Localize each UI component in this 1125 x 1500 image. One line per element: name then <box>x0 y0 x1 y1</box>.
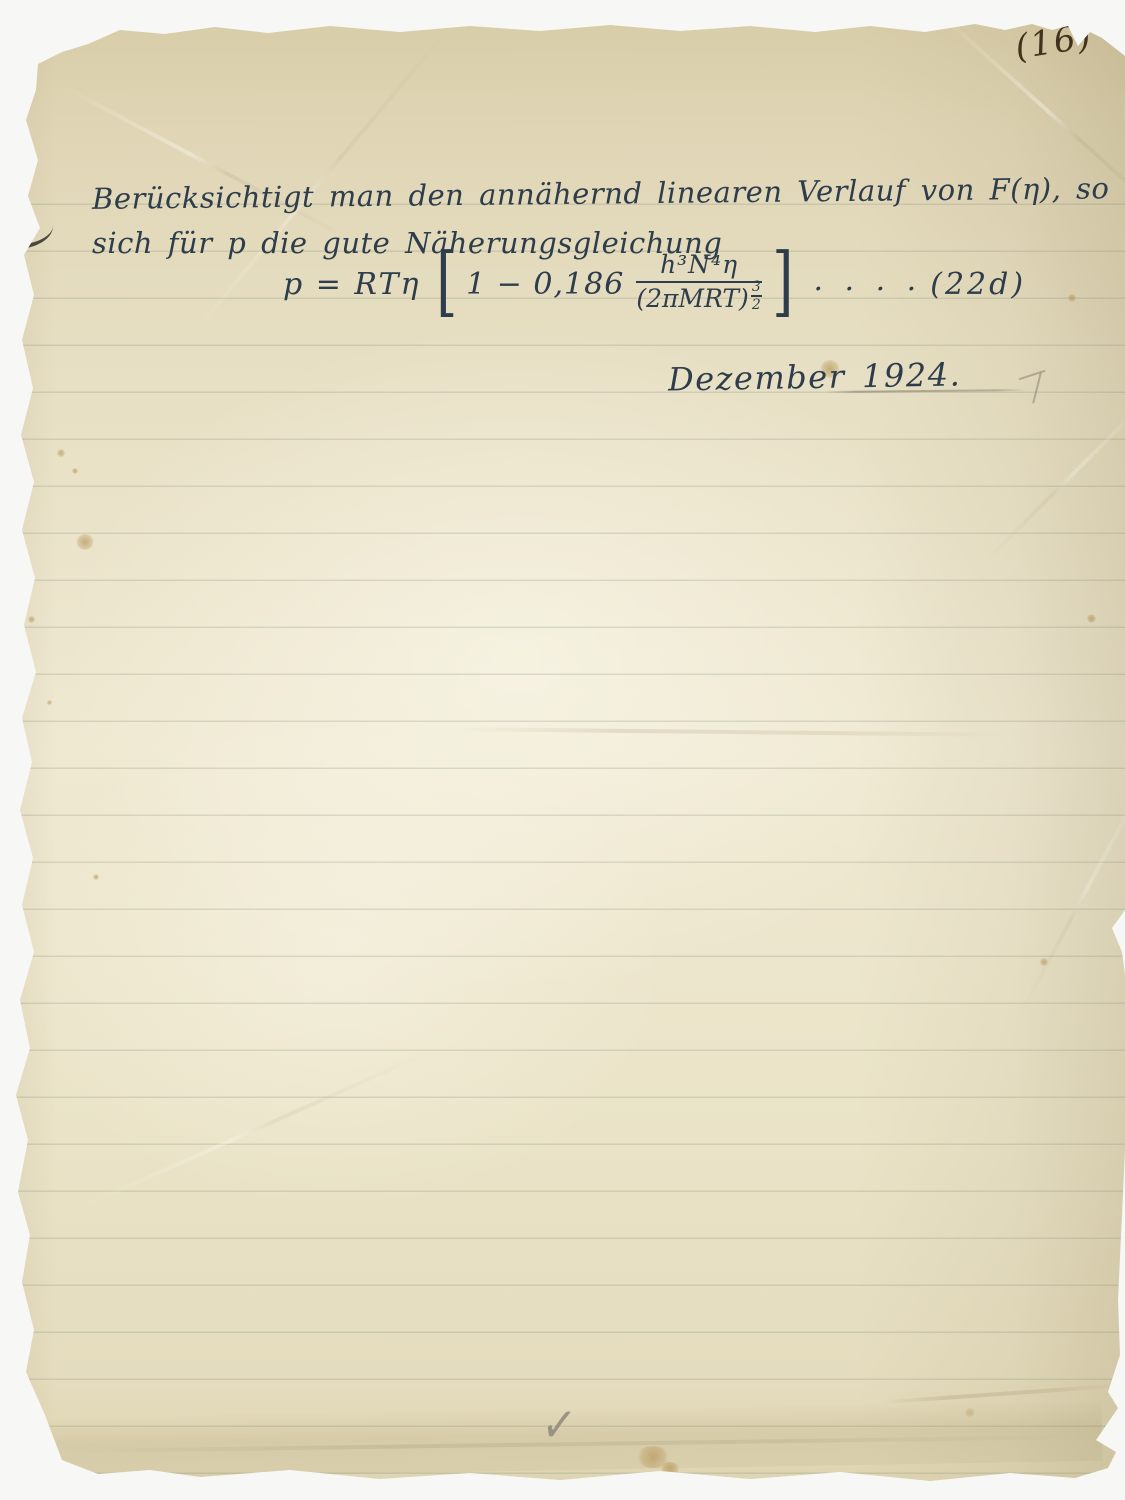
stain <box>1040 958 1048 966</box>
paper-sheet: (16) Berücksichtigt man den annähernd li… <box>0 0 1125 1500</box>
stain <box>965 1408 975 1417</box>
equation-close-bracket: ] <box>772 251 793 311</box>
pencil-checkmark: ✓ <box>539 1394 578 1455</box>
stain <box>1087 614 1096 623</box>
stain <box>93 874 99 880</box>
equation-22d: p = RTη [ 1 − 0,186 h³N⁴η (2πMRT) 3 2 ] … <box>283 252 1026 318</box>
ink-smudge <box>0 84 7 106</box>
equation-label: (22d) <box>930 267 1026 302</box>
equation-open-bracket: [ <box>437 251 458 311</box>
denominator-exponent: 3 2 <box>751 280 762 312</box>
stain <box>76 534 94 550</box>
page-number: (16) <box>1012 16 1095 68</box>
equation-dots: . . . . <box>813 263 922 298</box>
exponent-denominator: 2 <box>752 298 761 312</box>
stain <box>47 700 52 705</box>
stain <box>28 616 35 623</box>
fraction-numerator: h³N⁴η <box>636 252 762 283</box>
equation-fraction: h³N⁴η (2πMRT) 3 2 <box>636 252 762 318</box>
equation-coefficient: 1 − 0,186 <box>466 267 624 302</box>
stain <box>660 1462 680 1476</box>
stain <box>57 449 65 457</box>
stain <box>1068 294 1076 302</box>
equation-lhs: p = RTη <box>283 267 420 302</box>
fraction-denominator: (2πMRT) <box>636 286 749 312</box>
scanned-manuscript-page: (16) Berücksichtigt man den annähernd li… <box>0 0 1125 1500</box>
exponent-numerator: 3 <box>752 280 761 294</box>
stain <box>72 468 78 474</box>
